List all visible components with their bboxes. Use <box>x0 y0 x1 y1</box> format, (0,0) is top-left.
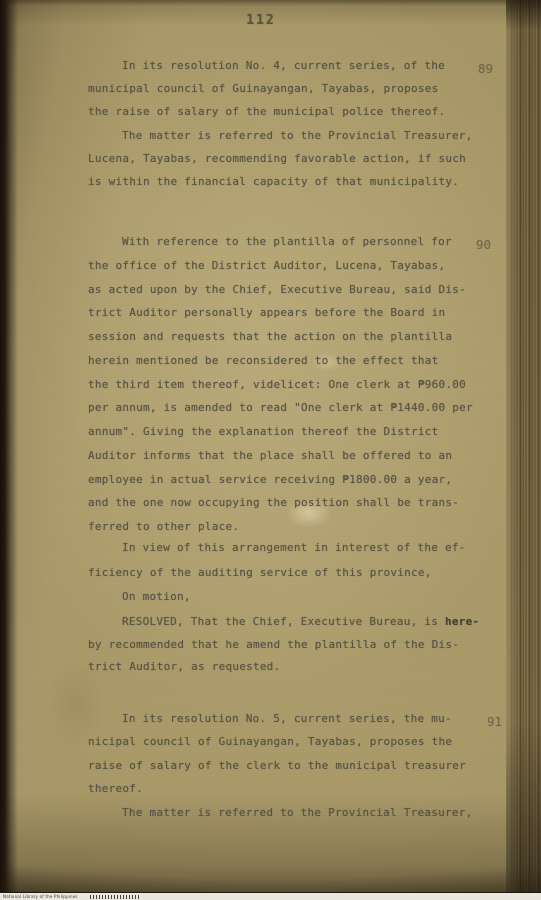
text-line: ficiency of the auditing service of this… <box>88 565 432 581</box>
text-line: by recommended that he amend the plantil… <box>88 637 459 653</box>
margin-number: 89 <box>478 61 493 77</box>
scan-footer-strip: National Library of the Philippines <box>0 892 541 900</box>
text-line: RESOLVED, That the Chief, Executive Bure… <box>122 614 479 630</box>
text-line: ferred to other place. <box>88 519 239 535</box>
text-line: session and requests that the action on … <box>88 329 452 345</box>
text-line: The matter is referred to the Provincial… <box>122 128 473 144</box>
text-line: In its resolution No. 4, current series,… <box>122 58 445 74</box>
text-line: trict Auditor personally appears before … <box>88 305 445 321</box>
text-line: the office of the District Auditor, Luce… <box>88 258 445 274</box>
text-line: Auditor informs that the place shall be … <box>88 448 452 464</box>
footer-watermark-label: National Library of the Philippines <box>3 894 78 899</box>
text-line: the raise of salary of the municipal pol… <box>88 104 445 120</box>
text-line: thereof. <box>88 781 143 797</box>
text-line: In view of this arrangement in interest … <box>122 540 466 556</box>
text-line: employee in actual service receiving ₱18… <box>88 472 452 488</box>
text-line: herein mentioned be reconsidered to the … <box>88 353 439 369</box>
text-line: as acted upon by the Chief, Executive Bu… <box>88 282 466 298</box>
text-line: Lucena, Tayabas, recommending favorable … <box>88 151 466 167</box>
footer-code-marks <box>90 895 140 899</box>
typewritten-text-block: In its resolution No. 4, current series,… <box>0 0 541 900</box>
margin-number: 91 <box>487 714 502 730</box>
text-line: is within the financial capacity of that… <box>88 174 459 190</box>
text-line: In its resolution No. 5, current series,… <box>122 711 452 727</box>
text-line: With reference to the plantilla of perso… <box>122 234 452 250</box>
text-line: raise of salary of the clerk to the muni… <box>88 758 466 774</box>
text-line: On motion, <box>122 589 191 605</box>
text-line: trict Auditor, as requested. <box>88 659 280 675</box>
margin-number: 90 <box>476 237 491 253</box>
text-line: the third item thereof, videlicet: One c… <box>88 377 466 393</box>
text-line: per annum, is amended to read "One clerk… <box>88 400 473 416</box>
text-line: and the one now occupying the position s… <box>88 495 459 511</box>
scanned-book-page: 112 In its resolution No. 4, current ser… <box>0 0 541 900</box>
text-line: annum". Giving the explanation thereof t… <box>88 424 439 440</box>
text-line: municipal council of Guinayangan, Tayaba… <box>88 81 439 97</box>
text-line: The matter is referred to the Provincial… <box>122 805 473 821</box>
text-line: nicipal council of Guinayangan, Tayabas,… <box>88 734 452 750</box>
